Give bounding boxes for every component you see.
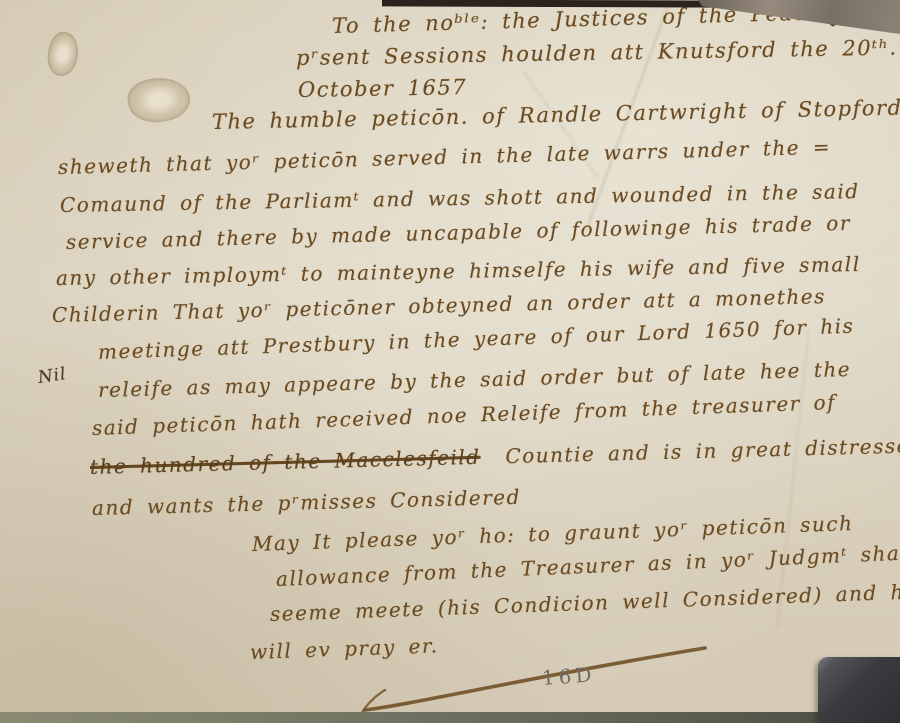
document-photo: To the noᵇˡᵉ: the Justices of the Peace … xyxy=(0,0,900,723)
body-line-with-deletion: the hundred of the Macclesfeild Countie … xyxy=(90,434,900,479)
margin-note: Nil xyxy=(37,364,68,388)
heading-line: pʳsent Sessions houlden att Knutsford th… xyxy=(296,35,900,70)
manuscript-paper: To the noᵇˡᵉ: the Justices of the Peace … xyxy=(0,0,900,723)
background-bottom-strip xyxy=(0,712,900,723)
paper-weight xyxy=(818,657,900,723)
body-line: service and there by made uncapable of f… xyxy=(66,211,851,254)
catalogue-mark: 16D xyxy=(541,662,596,690)
background-edge-strip xyxy=(382,0,726,8)
body-line: any other imploymᵗ to mainteyne himselfe… xyxy=(56,252,861,290)
body-line-text: Countie and is in great distresse xyxy=(505,434,900,469)
body-line: and wants the pʳmisses Considered xyxy=(92,485,521,520)
paper-damage xyxy=(125,74,193,126)
body-line: sheweth that yoʳ peticōn served in the l… xyxy=(58,135,832,179)
pen-flourish xyxy=(355,638,725,718)
paper-damage xyxy=(44,29,82,78)
heading-line: October 1657 xyxy=(298,75,467,102)
body-line: Comaund of the Parliamᵗ and was shott an… xyxy=(60,179,860,217)
struck-through-text: the hundred of the Macclesfeild xyxy=(90,445,481,479)
